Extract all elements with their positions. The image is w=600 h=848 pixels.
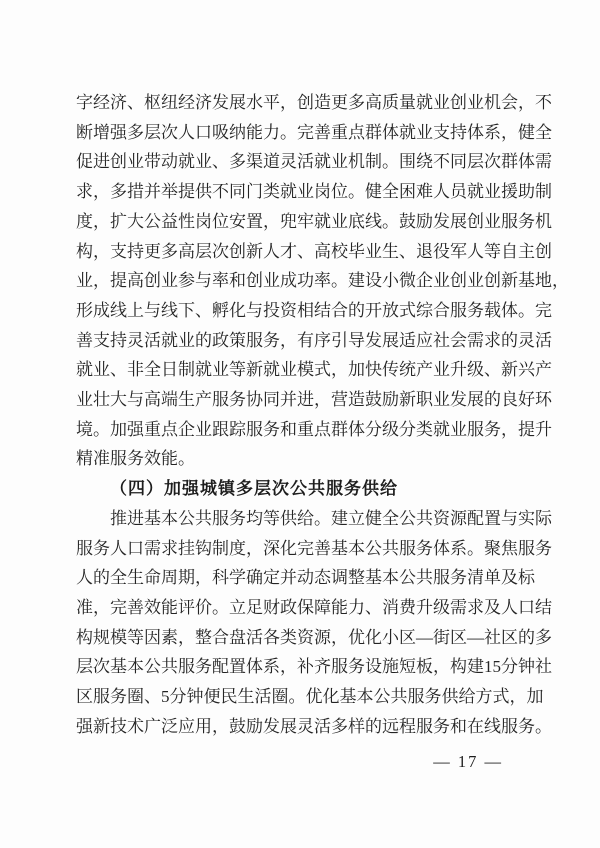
text-line: 层次基本公共服务配置体系，补齐服务设施短板，构建15分钟社 [76, 652, 532, 682]
text-line: 字经济、枢纽经济发展水平，创造更多高质量就业创业机会，不 [76, 88, 532, 118]
text-line: 形成线上与线下、孵化与投资相结合的开放式综合服务载体。完 [76, 296, 532, 326]
text-line: 精准服务效能。 [76, 444, 532, 474]
text-line: 境。加强重点企业跟踪服务和重点群体分级分类就业服务，提升 [76, 415, 532, 445]
text-line: 服务人口需求挂钩制度，深化完善基本公共服务体系。聚焦服务 [76, 534, 532, 564]
text-line: 断增强多层次人口吸纳能力。完善重点群体就业支持体系，健全 [76, 118, 532, 148]
text-line: 善支持灵活就业的政策服务，有序引导发展适应社会需求的灵活 [76, 326, 532, 356]
text-line: 准，完善效能评价。立足财政保障能力、消费升级需求及人口结 [76, 593, 532, 623]
paragraph-employment-continued: 字经济、枢纽经济发展水平，创造更多高质量就业创业机会，不断增强多层次人口吸纳能力… [76, 88, 532, 474]
document-page: 字经济、枢纽经济发展水平，创造更多高质量就业创业机会，不断增强多层次人口吸纳能力… [0, 0, 600, 848]
text-line: 强新技术广泛应用，鼓励发展灵活多样的远程服务和在线服务。 [76, 712, 532, 742]
section-heading: （四）加强城镇多层次公共服务供给 [76, 474, 532, 504]
text-line: 人的全生命周期，科学确定并动态调整基本公共服务清单及标 [76, 563, 532, 593]
text-line: 构规模等因素，整合盘活各类资源，优化小区—街区—社区的多 [76, 623, 532, 653]
text-line: 业，提高创业参与率和创业成功率。建设小微企业创业创新基地， [76, 266, 532, 296]
text-line: 促进创业带动就业、多渠道灵活就业机制。围绕不同层次群体需 [76, 147, 532, 177]
text-line: 推进基本公共服务均等供给。建立健全公共资源配置与实际 [76, 504, 532, 534]
text-line: 就业、非全日制就业等新就业模式，加快传统产业升级、新兴产 [76, 355, 532, 385]
text-block: 字经济、枢纽经济发展水平，创造更多高质量就业创业机会，不断增强多层次人口吸纳能力… [76, 88, 532, 741]
text-line: 区服务圈、5分钟便民生活圈。优化基本公共服务供给方式，加 [76, 682, 532, 712]
text-line: 业壮大与高端生产服务协同并进，营造鼓励新职业发展的良好环 [76, 385, 532, 415]
text-line: 度，扩大公益性岗位安置，兜牢就业底线。鼓励发展创业服务机 [76, 207, 532, 237]
text-line: 求，多措并举提供不同门类就业岗位。健全困难人员就业援助制 [76, 177, 532, 207]
text-line: 构，支持更多高层次创新人才、高校毕业生、退役军人等自主创 [76, 237, 532, 267]
paragraph-public-services: 推进基本公共服务均等供给。建立健全公共资源配置与实际服务人口需求挂钩制度，深化完… [76, 504, 532, 742]
page-number: — 17 — [433, 752, 503, 772]
